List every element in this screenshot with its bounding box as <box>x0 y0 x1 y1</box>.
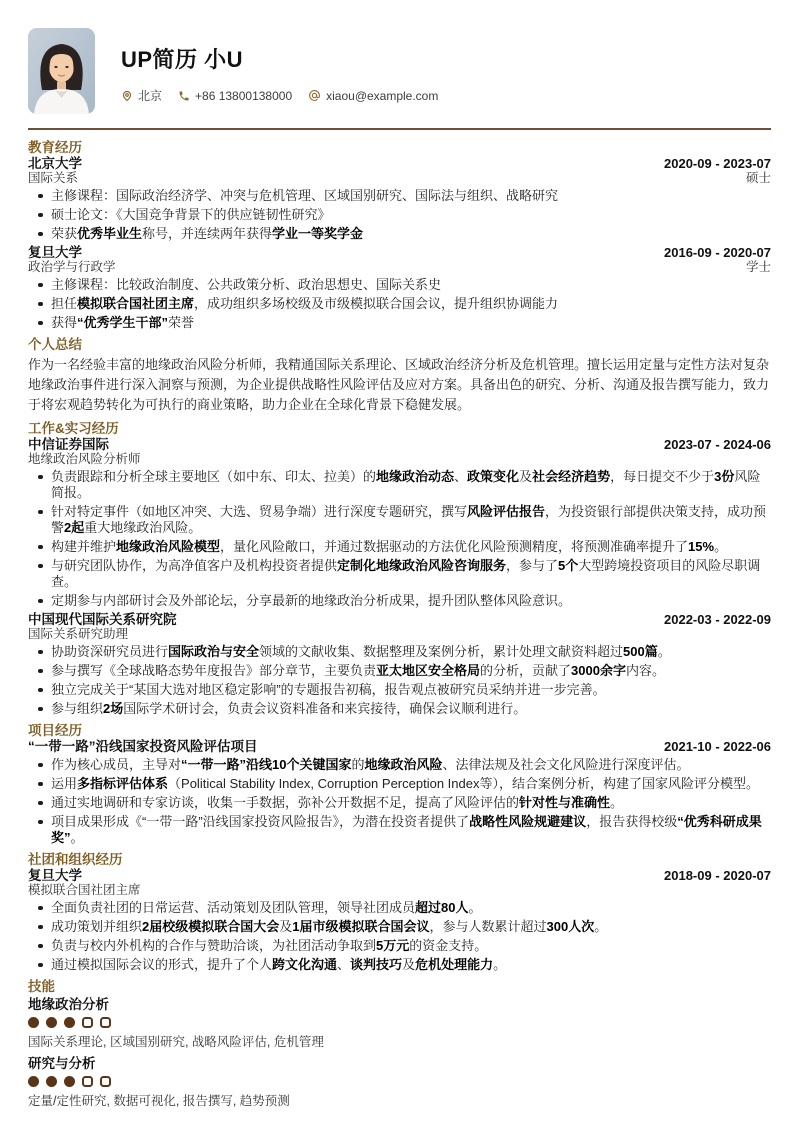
entry-header: “一带一路”沿线国家投资风险评估项目2021-10 - 2022-06 <box>28 739 771 754</box>
bullet-list: 主修课程：国际政治经济学、冲突与危机管理、区域国别研究、国际法与组织、战略研究硕… <box>28 188 771 242</box>
bullet-item: 参与组织2场国际学术研讨会，负责会议资料准备和来宾接待，确保会议顺利进行。 <box>51 701 771 717</box>
resume-header: UP简历 小U 北京+86 13800138000xiaou@example.c… <box>0 0 799 114</box>
entry-left: 复旦大学政治学与行政学 <box>28 245 116 274</box>
bullet-item: 与研究团队协作，为高净值客户及机构投资者提供定制化地缘政治风险咨询服务，参与了5… <box>51 558 771 590</box>
entry: 中信证券国际地缘政治风险分析师2023-07 - 2024-06负责跟踪和分析全… <box>28 437 771 609</box>
skill-item: 地缘政治分析国际关系理论, 区域国别研究, 战略风险评估, 危机管理 <box>28 997 771 1050</box>
skill-dot-filled <box>28 1076 39 1087</box>
bullet-item: 成功策划并组织2届校级模拟联合国大会及1届市级模拟联合国会议，参与人数累计超过3… <box>51 919 771 935</box>
entry-name: 中信证券国际 <box>28 437 141 452</box>
profile-photo <box>28 28 95 114</box>
summary-paragraph: 作为一名经验丰富的地缘政治风险分析师，我精通国际关系理论、区域政治经济分析及危机… <box>28 355 771 415</box>
at-icon <box>308 89 321 102</box>
bullet-item: 主修课程：国际政治经济学、冲突与危机管理、区域国别研究、国际法与组织、战略研究 <box>51 188 771 204</box>
bullet-item: 定期参与内部研讨会及外部论坛，分享最新的地缘政治分析成果，提升团队整体风险意识。 <box>51 593 771 609</box>
section-organizations: 社团和组织经历复旦大学模拟联合国社团主席2018-09 - 2020-07全面负… <box>28 852 771 973</box>
entry-name: 北京大学 <box>28 156 82 171</box>
skill-dot-empty <box>100 1017 111 1028</box>
skill-level-dots <box>28 1076 771 1087</box>
entry-right: 2021-10 - 2022-06 <box>664 739 771 754</box>
section-title-projects: 项目经历 <box>28 723 771 739</box>
skill-name: 地缘政治分析 <box>28 997 771 1012</box>
location-pin-icon <box>121 90 133 102</box>
bullet-item: 独立完成关于“某国大选对地区稳定影响”的专题报告初稿，报告观点被研究员采纳并进一… <box>51 682 771 698</box>
entry-left: “一带一路”沿线国家投资风险评估项目 <box>28 739 258 754</box>
phone-icon <box>178 90 190 102</box>
bullet-list: 协助资深研究员进行国际政治与安全领域的文献收集、数据整理及案例分析，累计处理文献… <box>28 644 771 717</box>
entry-left: 北京大学国际关系 <box>28 156 82 185</box>
bullet-item: 主修课程：比较政治制度、公共政策分析、政治思想史、国际关系史 <box>51 277 771 293</box>
entry-right: 2018-09 - 2020-07 <box>664 868 771 883</box>
bullet-item: 通过实地调研和专家访谈，收集一手数据，弥补公开数据不足，提高了风险评估的针对性与… <box>51 795 771 811</box>
bullet-item: 获得“优秀学生干部”荣誉 <box>51 315 771 331</box>
bullet-item: 协助资深研究员进行国际政治与安全领域的文献收集、数据整理及案例分析，累计处理文献… <box>51 644 771 660</box>
entry-date: 2016-09 - 2020-07 <box>664 245 771 260</box>
entry-header: 中信证券国际地缘政治风险分析师2023-07 - 2024-06 <box>28 437 771 466</box>
entry: 复旦大学政治学与行政学2016-09 - 2020-07学士主修课程：比较政治制… <box>28 245 771 331</box>
entry-date: 2021-10 - 2022-06 <box>664 739 771 754</box>
contact-text: xiaou@example.com <box>326 89 438 103</box>
bullet-item: 荣获优秀毕业生称号，并连续两年获得学业一等奖学金 <box>51 226 771 242</box>
section-work: 工作&实习经历中信证券国际地缘政治风险分析师2023-07 - 2024-06负… <box>28 421 771 717</box>
entry: 中国现代国际关系研究院国际关系研究助理2022-03 - 2022-09协助资深… <box>28 612 771 717</box>
section-skills: 技能地缘政治分析国际关系理论, 区域国别研究, 战略风险评估, 危机管理研究与分… <box>28 979 771 1109</box>
section-title-education: 教育经历 <box>28 140 771 156</box>
bullet-list: 作为核心成员，主导对“一带一路”沿线10个关键国家的地缘政治风险、法律法规及社会… <box>28 757 771 846</box>
entry-left: 中国现代国际关系研究院国际关系研究助理 <box>28 612 177 641</box>
contact-item: +86 13800138000 <box>178 89 292 103</box>
profile-photo-illustration <box>28 28 95 114</box>
entry-degree: 硕士 <box>664 171 771 185</box>
candidate-name: UP简历 小U <box>121 43 438 74</box>
section-projects: 项目经历“一带一路”沿线国家投资风险评估项目2021-10 - 2022-06作… <box>28 723 771 846</box>
entry: 北京大学国际关系2020-09 - 2023-07硕士主修课程：国际政治经济学、… <box>28 156 771 242</box>
entry-date: 2023-07 - 2024-06 <box>664 437 771 452</box>
entry-right: 2022-03 - 2022-09 <box>664 612 771 627</box>
section-title-skills: 技能 <box>28 979 771 995</box>
section-title-summary: 个人总结 <box>28 337 771 353</box>
entry-name: 复旦大学 <box>28 245 116 260</box>
contact-text: 北京 <box>138 87 162 104</box>
bullet-item: 项目成果形成《“一带一路”沿线国家投资风险报告》，为潜在投资者提供了战略性风险规… <box>51 814 771 846</box>
bullet-list: 主修课程：比较政治制度、公共政策分析、政治思想史、国际关系史担任模拟联合国社团主… <box>28 277 771 331</box>
entry-left: 复旦大学模拟联合国社团主席 <box>28 868 141 897</box>
bullet-item: 作为核心成员，主导对“一带一路”沿线10个关键国家的地缘政治风险、法律法规及社会… <box>51 757 771 773</box>
skill-dot-filled <box>64 1076 75 1087</box>
bullet-item: 针对特定事件（如地区冲突、大选、贸易争端）进行深度专题研究，撰写风险评估报告，为… <box>51 504 771 536</box>
section-title-organizations: 社团和组织经历 <box>28 852 771 868</box>
skill-name: 研究与分析 <box>28 1056 771 1071</box>
contact-item: 北京 <box>121 87 162 104</box>
section-education: 教育经历北京大学国际关系2020-09 - 2023-07硕士主修课程：国际政治… <box>28 140 771 331</box>
entry-subtitle: 模拟联合国社团主席 <box>28 883 141 897</box>
entry: 复旦大学模拟联合国社团主席2018-09 - 2020-07全面负责社团的日常运… <box>28 868 771 973</box>
contact-text: +86 13800138000 <box>195 89 292 103</box>
entry-date: 2018-09 - 2020-07 <box>664 868 771 883</box>
header-main: UP简历 小U 北京+86 13800138000xiaou@example.c… <box>121 28 438 104</box>
skill-dot-filled <box>46 1076 57 1087</box>
entry-header: 复旦大学模拟联合国社团主席2018-09 - 2020-07 <box>28 868 771 897</box>
sections: 教育经历北京大学国际关系2020-09 - 2023-07硕士主修课程：国际政治… <box>0 130 799 1109</box>
bullet-item: 负责与校内外机构的合作与赞助洽谈，为社团活动争取到5万元的资金支持。 <box>51 938 771 954</box>
bullet-item: 全面负责社团的日常运营、活动策划及团队管理，领导社团成员超过80人。 <box>51 900 771 916</box>
skill-dot-empty <box>82 1076 93 1087</box>
entry-right: 2023-07 - 2024-06 <box>664 437 771 452</box>
bullet-item: 构建并维护地缘政治风险模型，量化风险敞口，并通过数据驱动的方法优化风险预测精度，… <box>51 539 771 555</box>
entry-header: 中国现代国际关系研究院国际关系研究助理2022-03 - 2022-09 <box>28 612 771 641</box>
entry-degree: 学士 <box>664 260 771 274</box>
section-summary: 个人总结作为一名经验丰富的地缘政治风险分析师，我精通国际关系理论、区域政治经济分… <box>28 337 771 415</box>
skill-level-dots <box>28 1017 771 1028</box>
bullet-item: 负责跟踪和分析全球主要地区（如中东、印太、拉美）的地缘政治动态、政策变化及社会经… <box>51 469 771 501</box>
section-title-work: 工作&实习经历 <box>28 421 771 437</box>
bullet-list: 全面负责社团的日常运营、活动策划及团队管理，领导社团成员超过80人。成功策划并组… <box>28 900 771 973</box>
entry: “一带一路”沿线国家投资风险评估项目2021-10 - 2022-06作为核心成… <box>28 739 771 846</box>
entry-date: 2022-03 - 2022-09 <box>664 612 771 627</box>
bullet-item: 担任模拟联合国社团主席，成功组织多场校级及市级模拟联合国会议，提升组织协调能力 <box>51 296 771 312</box>
entry-date: 2020-09 - 2023-07 <box>664 156 771 171</box>
bullet-item: 通过模拟国际会议的形式，提升了个人跨文化沟通、谈判技巧及危机处理能力。 <box>51 957 771 973</box>
skill-keywords: 定量/定性研究, 数据可视化, 报告撰写, 趋势预测 <box>28 1094 771 1109</box>
entry-subtitle: 政治学与行政学 <box>28 260 116 274</box>
entry-name: 中国现代国际关系研究院 <box>28 612 177 627</box>
entry-name: “一带一路”沿线国家投资风险评估项目 <box>28 739 258 754</box>
entry-right: 2016-09 - 2020-07学士 <box>664 245 771 274</box>
skill-dot-filled <box>64 1017 75 1028</box>
skill-dot-filled <box>46 1017 57 1028</box>
resume-page: UP简历 小U 北京+86 13800138000xiaou@example.c… <box>0 0 799 1130</box>
entry-subtitle: 地缘政治风险分析师 <box>28 452 141 466</box>
entry-name: 复旦大学 <box>28 868 141 883</box>
bullet-item: 硕士论文：《大国竞争背景下的供应链韧性研究》 <box>51 207 771 223</box>
skill-dot-empty <box>82 1017 93 1028</box>
bullet-list: 负责跟踪和分析全球主要地区（如中东、印太、拉美）的地缘政治动态、政策变化及社会经… <box>28 469 771 609</box>
skill-dot-empty <box>100 1076 111 1087</box>
entry-subtitle: 国际关系研究助理 <box>28 627 177 641</box>
entry-left: 中信证券国际地缘政治风险分析师 <box>28 437 141 466</box>
entry-subtitle: 国际关系 <box>28 171 82 185</box>
entry-header: 复旦大学政治学与行政学2016-09 - 2020-07学士 <box>28 245 771 274</box>
contact-row: 北京+86 13800138000xiaou@example.com <box>121 87 438 104</box>
skill-keywords: 国际关系理论, 区域国别研究, 战略风险评估, 危机管理 <box>28 1035 771 1050</box>
bullet-item: 参与撰写《全球战略态势年度报告》部分章节，主要负责亚太地区安全格局的分析，贡献了… <box>51 663 771 679</box>
entry-header: 北京大学国际关系2020-09 - 2023-07硕士 <box>28 156 771 185</box>
entry-right: 2020-09 - 2023-07硕士 <box>664 156 771 185</box>
bullet-item: 运用多指标评估体系（Political Stability Index, Cor… <box>51 776 771 792</box>
skill-item: 研究与分析定量/定性研究, 数据可视化, 报告撰写, 趋势预测 <box>28 1056 771 1109</box>
skill-dot-filled <box>28 1017 39 1028</box>
contact-item: xiaou@example.com <box>308 89 438 103</box>
